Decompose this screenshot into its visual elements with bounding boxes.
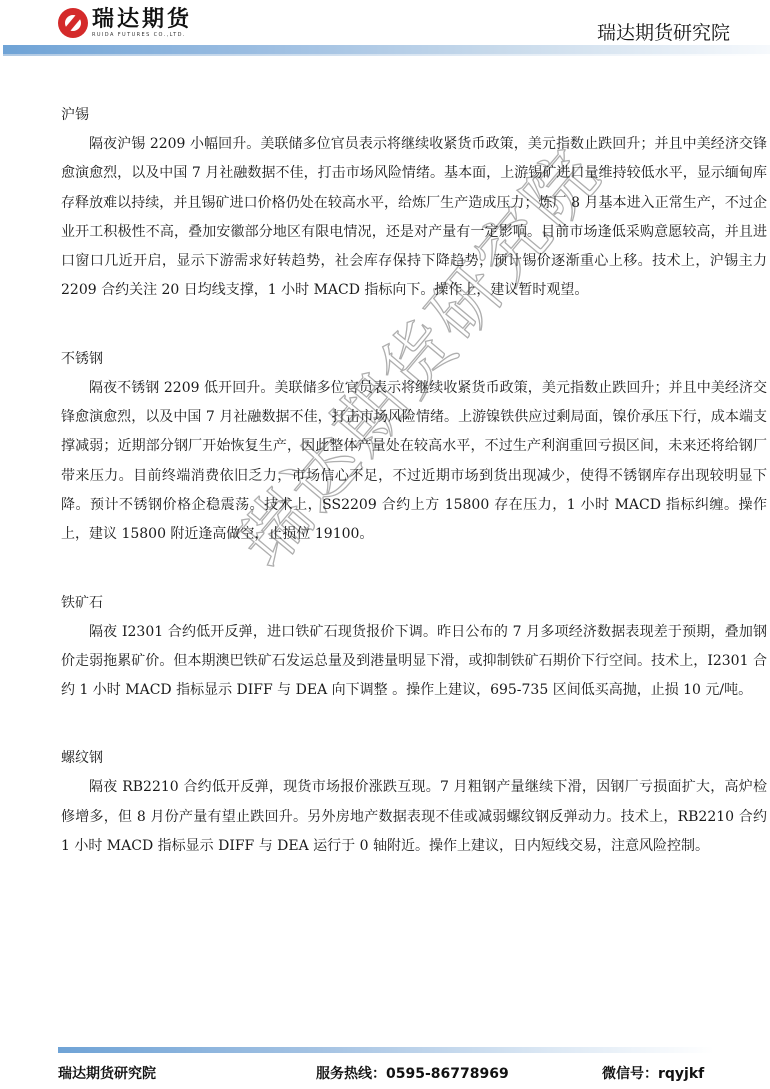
section-title: 不锈钢 — [61, 344, 767, 374]
footer-divider — [58, 1047, 714, 1053]
section-body: 隔夜不锈钢 2209 低开回升。美联储多位官员表示将继续收紧货币政策，美元指数止… — [61, 374, 767, 550]
header-divider — [3, 45, 770, 54]
section-title: 沪锡 — [61, 100, 767, 130]
logo-chinese-name: 瑞达期货 — [92, 8, 192, 32]
header-title: 瑞达期货研究院 — [597, 18, 730, 45]
logo-english-name: RUIDA FUTURES CO.,LTD. — [92, 32, 192, 39]
section-title: 铁矿石 — [61, 588, 767, 618]
page-footer: 瑞达期货研究院 服务热线：0595-86778969 微信号：rqyjkf — [58, 1063, 714, 1085]
section-rebar: 螺纹钢 隔夜 RB2210 合约低开反弹，现货市场报价涨跌互现。7 月粗钢产量继… — [61, 743, 767, 861]
footer-org: 瑞达期货研究院 — [58, 1063, 156, 1083]
section-title: 螺纹钢 — [61, 743, 767, 773]
logo-mark-icon — [58, 8, 88, 38]
section-body: 隔夜 RB2210 合约低开反弹，现货市场报价涨跌互现。7 月粗钢产量继续下滑，… — [61, 773, 767, 861]
footer-hotline: 服务热线：0595-86778969 — [316, 1063, 509, 1083]
section-iron-ore: 铁矿石 隔夜 I2301 合约低开反弹，进口铁矿石现货报价下调。昨日公布的 7 … — [61, 588, 767, 706]
footer-wechat: 微信号：rqyjkf — [602, 1063, 704, 1083]
section-body: 隔夜 I2301 合约低开反弹，进口铁矿石现货报价下调。昨日公布的 7 月多项经… — [61, 618, 767, 706]
page-header: 瑞达期货 RUIDA FUTURES CO.,LTD. 瑞达期货研究院 — [0, 0, 770, 60]
company-logo: 瑞达期货 RUIDA FUTURES CO.,LTD. — [58, 3, 192, 43]
report-content: 沪锡 隔夜沪锡 2209 小幅回升。美联储多位官员表示将继续收紧货币政策，美元指… — [61, 100, 767, 899]
section-tin: 沪锡 隔夜沪锡 2209 小幅回升。美联储多位官员表示将继续收紧货币政策，美元指… — [61, 100, 767, 306]
section-body: 隔夜沪锡 2209 小幅回升。美联储多位官员表示将继续收紧货币政策，美元指数止跌… — [61, 130, 767, 306]
section-stainless-steel: 不锈钢 隔夜不锈钢 2209 低开回升。美联储多位官员表示将继续收紧货币政策，美… — [61, 344, 767, 550]
